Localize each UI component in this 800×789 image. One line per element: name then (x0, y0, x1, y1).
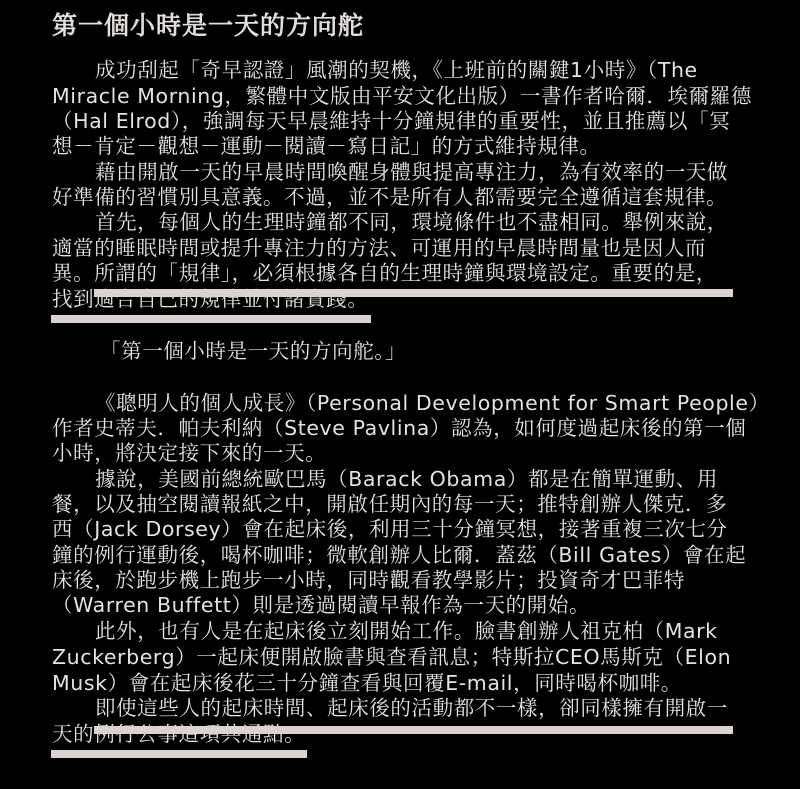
text-line: 西（Jack Dorsey）會在起床後，利用三十分鐘冥想，接著重複三次七分 (52, 517, 728, 542)
text-line: 首先，每個人的生理時鐘都不同，環境條件也不盡相同。舉例來說， (95, 210, 728, 235)
quote-line: 「第一個小時是一天的方向舵。」 (100, 339, 406, 364)
text-line: 適當的睡眠時間或提升專注力的方法、可運用的早晨時間量也是因人而 (52, 236, 706, 261)
text-line: 鐘的例行運動後，喝杯咖啡；微軟創辦人比爾．蓋茲（Bill Gates）會在起 (52, 543, 746, 568)
article-title: 第一個小時是一天的方向舵 (52, 6, 364, 42)
text-line: 好準備的習慣別具意義。不過，並不是所有人都需要完全遵循這套規律。 (52, 185, 727, 210)
text-line: 作者史蒂夫．帕夫利納（Steve Pavlina）認為，如何度過起床後的第一個 (52, 416, 746, 441)
text-line: Miracle Morning，繁體中文版由平安文化出版）一書作者哈爾．埃爾羅德 (52, 84, 752, 109)
highlight-bar (51, 750, 307, 758)
text-line: 此外，也有人是在起床後立刻開始工作。臉書創辦人祖克柏（Mark (95, 619, 718, 644)
text-line: Musk）會在起床後花三十分鐘查看與回覆E-mail，同時喝杯咖啡。 (52, 671, 682, 696)
text-line: 異。所謂的「規律」，必須根據各自的生理時鐘與環境設定。重要的是， (52, 261, 717, 286)
text-line: 即使這些人的起床時間、起床後的活動都不一樣，卻同樣擁有開啟一 (95, 696, 728, 721)
text-line: 據說，美國前總統歐巴馬（Barack Obama）都是在簡單運動、用 (95, 467, 718, 492)
text-line: 藉由開啟一天的早晨時間喚醒身體與提高專注力，為有效率的一天做 (95, 160, 728, 185)
text-line: 成功刮起「奇早認證」風潮的契機，《上班前的關鍵1小時》（The (95, 58, 698, 83)
text-line: （Warren Buffett）則是透過閱讀早報作為一天的開始。 (52, 593, 590, 618)
highlight-bar (94, 289, 733, 297)
text-line: 餐，以及抽空閱讀報紙之中，開啟任期內的每一天；推特創辦人傑克．多 (52, 492, 727, 517)
text-line: 想－肯定－觀想－運動－閱讀－寫日記」的方式維持規律。 (52, 134, 601, 159)
text-line: Zuckerberg）一起床便開啟臉書與查看訊息；特斯拉CEO馬斯克（Elon (52, 645, 731, 670)
text-line: 床後，於跑步機上跑步一小時，同時觀看教學影片；投資奇才巴菲特 (52, 568, 685, 593)
highlight-bar (51, 315, 371, 323)
highlight-bar (94, 726, 733, 734)
text-line: 小時，將決定接下來的一天。 (52, 441, 326, 466)
text-line: （Hal Elrod），強調每天早晨維持十分鐘規律的重要性，並且推薦以「冥 (52, 109, 730, 134)
text-line: 《聰明人的個人成長》（Personal Development for Smar… (95, 391, 770, 416)
